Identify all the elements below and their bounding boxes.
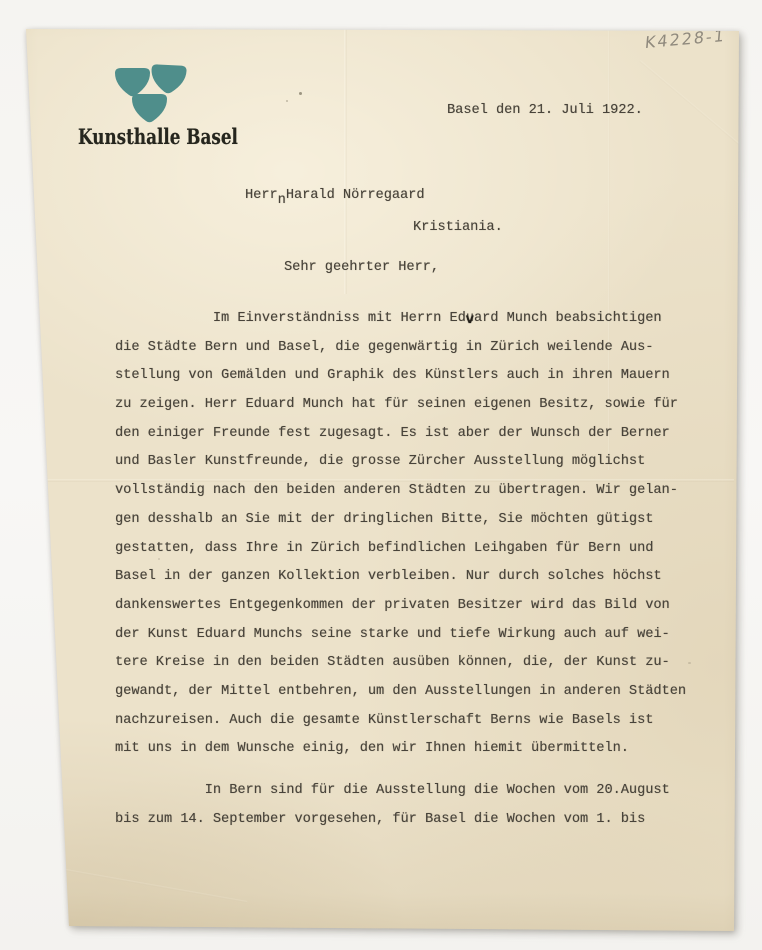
body-line: der Kunst Eduard Munchs seine starke und… (115, 621, 686, 650)
paper-speck (299, 92, 302, 95)
body-line: Basel in der ganzen Kollektion verbleibe… (115, 563, 686, 592)
body-line: und Basler Kunstfreunde, die grosse Zürc… (115, 448, 686, 477)
typewriter-overstrike: uv (466, 305, 474, 334)
greeting-line: Sehr geehrter Herr, (284, 260, 439, 275)
body-line: Im Einverständniss mit Herrn Eduvard Mun… (115, 305, 686, 334)
body-line: tere Kreise in den beiden Städten ausübe… (115, 649, 686, 678)
body-line: nachzureisen. Auch die gesamte Künstlers… (115, 707, 686, 736)
logo-shield-icon (115, 68, 150, 96)
paper-shadow: K4228-1 Kunsthalle Basel Basel den 21. J… (0, 0, 762, 950)
date-line: Basel den 21. Juli 1922. (447, 103, 643, 118)
body-line: die Städte Bern und Basel, die gegenwärt… (115, 334, 686, 363)
paper-speck (286, 100, 288, 102)
fold-crease-diagonal (60, 868, 247, 903)
recipient-inserted-letter: n (278, 193, 286, 208)
body-line: zu zeigen. Herr Eduard Munch hat für sei… (115, 391, 686, 420)
letterhead-org-name: Kunsthalle Basel (78, 124, 238, 149)
recipient-name: Harald Nörregaard (286, 188, 425, 203)
fold-crease-diagonal (639, 60, 755, 158)
body-line: mit uns in dem Wunsche einig, den wir Ih… (115, 735, 686, 764)
letter-body: Im Einverständniss mit Herrn Eduvard Mun… (115, 305, 686, 834)
logo-shield-icon (132, 94, 167, 122)
body-line: bis zum 14. September vorgesehen, für Ba… (115, 806, 686, 835)
body-line: gewandt, der Mittel entbehren, um den Au… (115, 678, 686, 707)
archival-code: K4228-1 (644, 26, 727, 52)
body-line: gestatten, dass Ihre in Zürich befindlic… (115, 535, 686, 564)
logo-shield-icon (150, 64, 186, 94)
body-line: gen desshalb an Sie mit der dringlichen … (115, 506, 686, 535)
body-line: stellung von Gemälden und Graphik des Kü… (115, 362, 686, 391)
paper-speck (688, 662, 691, 664)
body-line: den einiger Freunde fest zugesagt. Es is… (115, 420, 686, 449)
fold-crease-vertical (344, 29, 347, 294)
recipient-block: HerrnHarald Nörregaard (245, 188, 425, 203)
body-paragraph: Im Einverständniss mit Herrn Eduvard Mun… (115, 305, 686, 764)
recipient-city: Kristiania. (413, 220, 503, 235)
kunsthalle-logo (112, 62, 190, 126)
body-line: In Bern sind für die Ausstellung die Woc… (115, 777, 686, 806)
letter-paper: K4228-1 Kunsthalle Basel Basel den 21. J… (0, 0, 762, 950)
body-line: vollständig nach den beiden anderen Städ… (115, 477, 686, 506)
body-line: dankenswertes Entgegenkommen der private… (115, 592, 686, 621)
scan-background: K4228-1 Kunsthalle Basel Basel den 21. J… (0, 0, 762, 950)
recipient-prefix: Herr (245, 188, 278, 203)
body-paragraph: In Bern sind für die Ausstellung die Woc… (115, 777, 686, 834)
